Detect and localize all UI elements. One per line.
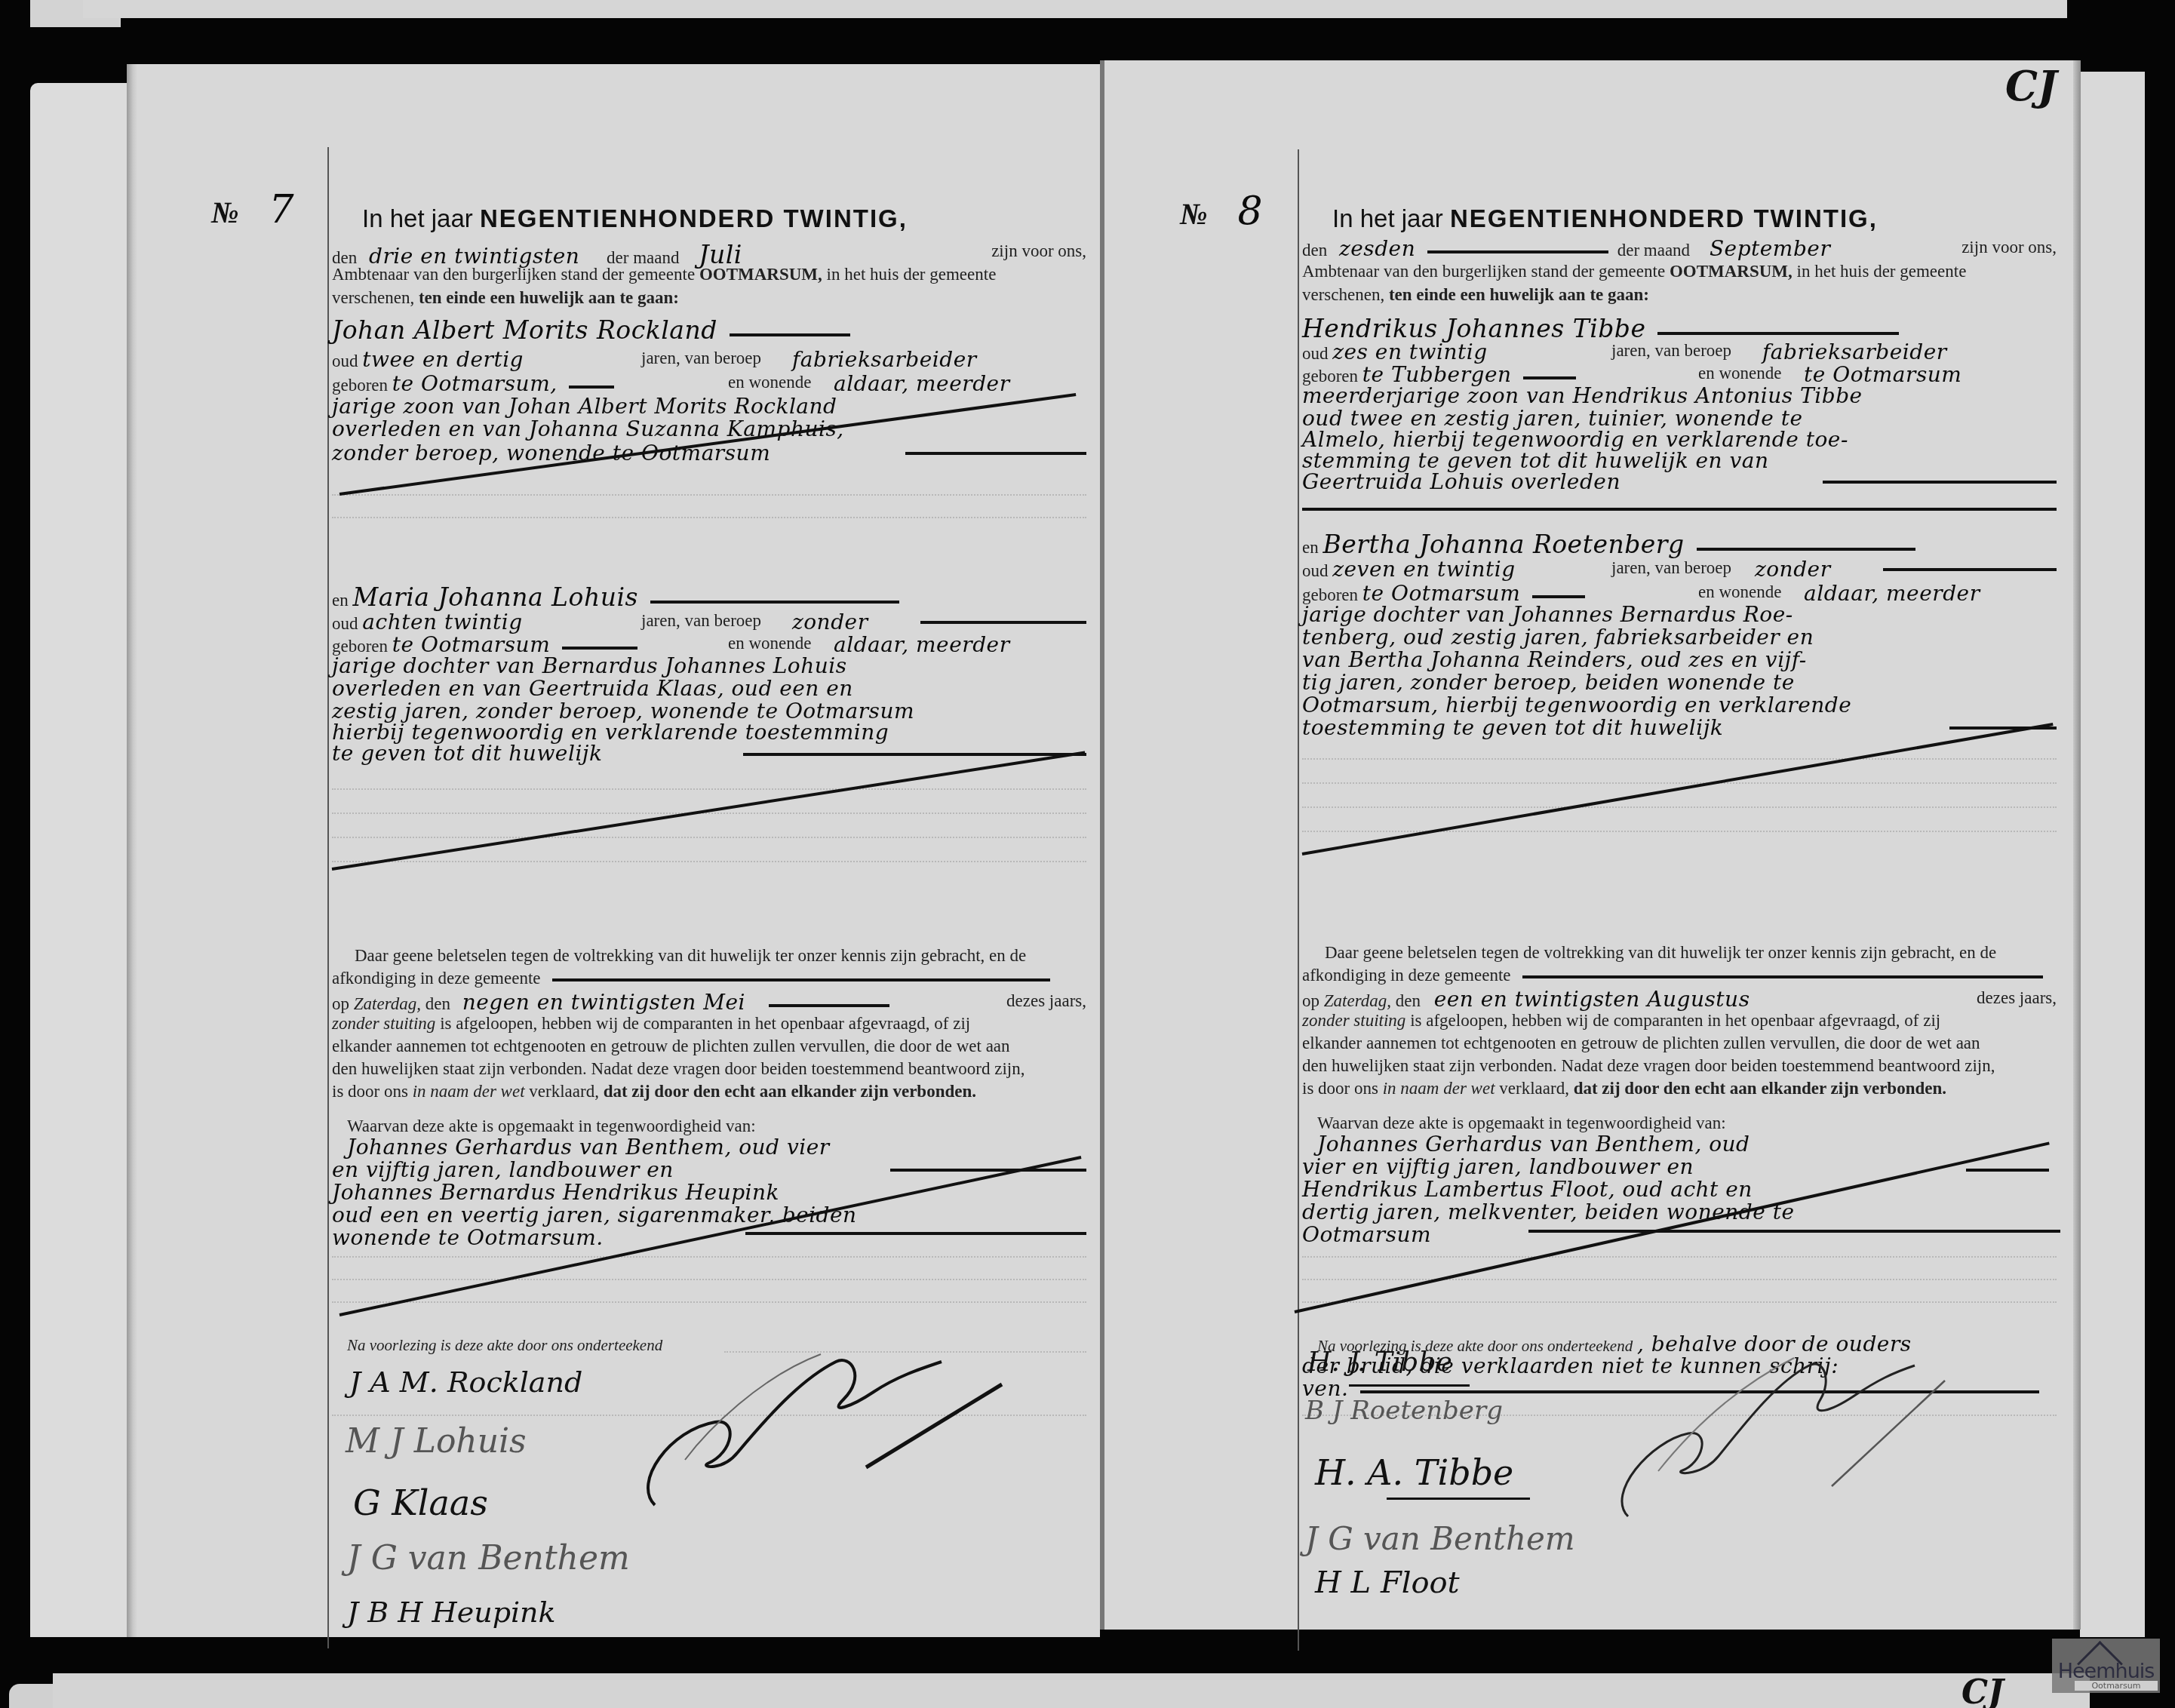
signature-bride: B J Roetenberg [1305, 1396, 1503, 1426]
municipality: OOTMARSUM [699, 265, 818, 284]
witness-line: Johannes Gerhardus van Benthem, oud vier [347, 1137, 1086, 1158]
witness-line: Johannes Bernardus Hendrikus Heupink [332, 1182, 1086, 1203]
bride-name-line: en Maria Johanna Lohuis [332, 585, 1086, 610]
bride-residence: aldaar, meerder [1804, 583, 1980, 604]
next-page-edge [2080, 72, 2145, 1637]
act-title: In het jaar NEGENTIENHONDERD TWINTIG, [362, 206, 1086, 231]
groom-age: twee en dertig [362, 347, 524, 372]
groom-birthplace: te Ootmarsum, [392, 371, 558, 396]
signature-witness-1: J G van Benthem [1305, 1520, 1575, 1557]
signature-bride: M J Lohuis [346, 1422, 527, 1461]
signature-groom: H. J. Tibbe [1307, 1347, 1452, 1378]
official-signature-flourish [1605, 1335, 1960, 1531]
bride-age: zeven en twintig [1332, 557, 1516, 582]
groom-name-line: Hendrikus Johannes Tibbe [1302, 316, 2057, 341]
signature-mother: G Klaas [353, 1482, 488, 1523]
witness-line: oud een en veertig jaren, sigarenmaker, … [332, 1205, 1086, 1226]
groom-occupation: fabrieksarbeider [792, 349, 977, 370]
official-signature-flourish [625, 1332, 1017, 1528]
bride-residence: aldaar, meerder [834, 634, 1010, 656]
municipality: OOTMARSUM [1670, 262, 1788, 281]
register-page-right: №8 In het jaar NEGENTIENHONDERD TWINTIG,… [1100, 60, 2081, 1630]
witness-line: dertig jaren, melkventer, beiden wonende… [1302, 1202, 2057, 1223]
heemhuis-watermark: Heemhuis Ootmarsum [2052, 1639, 2160, 1693]
section-divider [1302, 508, 2057, 511]
groom-name-line: Johan Albert Morits Rockland [332, 318, 1086, 343]
act-number: №7 [211, 187, 294, 232]
signature-groom: J A M. Rockland [349, 1365, 582, 1399]
book-binding-flap [30, 83, 128, 1637]
signature-groom-father: H. A. Tibbe [1315, 1452, 1513, 1493]
groom-residence: te Ootmarsum [1804, 364, 1961, 386]
witness-line: wonende te Ootmarsum. [332, 1227, 1086, 1249]
groom-occupation: fabrieksarbeider [1762, 342, 1947, 363]
groom-age: zes en twintig [1332, 339, 1487, 364]
signature-witness-2: J B H Heupink [347, 1596, 556, 1629]
corner-annotation: CJ [2005, 62, 2057, 110]
strike-line [332, 751, 1086, 871]
act-number: №8 [1180, 189, 1263, 234]
corner-annotation-bottom: CJ [1961, 1673, 2004, 1708]
margin-rule [327, 147, 329, 1648]
bride-occupation: zonder [1755, 559, 1831, 580]
proclamation-date: een en twintigsten Augustus [1434, 987, 1750, 1012]
proclamation-date: negen en twintigsten Mei [462, 990, 745, 1015]
bride-name-line: en Bertha Johanna Roetenberg [1302, 532, 2057, 557]
adjacent-page-bottom [53, 1673, 2090, 1708]
bride-occupation: zonder [792, 612, 868, 633]
groom-name: Johan Albert Morits Rockland [332, 315, 717, 345]
register-page-left: №7 In het jaar NEGENTIENHONDERD TWINTIG,… [127, 64, 1100, 1637]
witness-line: Johannes Gerhardus van Benthem, oud [1317, 1134, 2057, 1155]
witness-line: Ootmarsum [1302, 1224, 2057, 1246]
bride-name: Bertha Johanna Roetenberg [1323, 530, 1684, 559]
bride-age: achten twintig [362, 610, 523, 634]
witness-line: Hendrikus Lambertus Floot, oud acht en [1302, 1179, 2057, 1200]
margin-rule [1298, 149, 1299, 1651]
adjacent-page-bottom-left [9, 1684, 54, 1708]
groom-residence: aldaar, meerder [834, 373, 1010, 395]
marriage-day: zesden [1339, 236, 1415, 261]
marriage-month: September [1710, 236, 1830, 261]
signature-witness-1: J G van Benthem [347, 1539, 630, 1577]
strike-line [1302, 723, 2054, 856]
signature-witness-2: H L Floot [1315, 1565, 1460, 1600]
adjacent-page-top [83, 0, 2067, 18]
bride-name: Maria Johanna Lohuis [352, 582, 637, 612]
act-title: In het jaar NEGENTIENHONDERD TWINTIG, [1332, 206, 2057, 231]
